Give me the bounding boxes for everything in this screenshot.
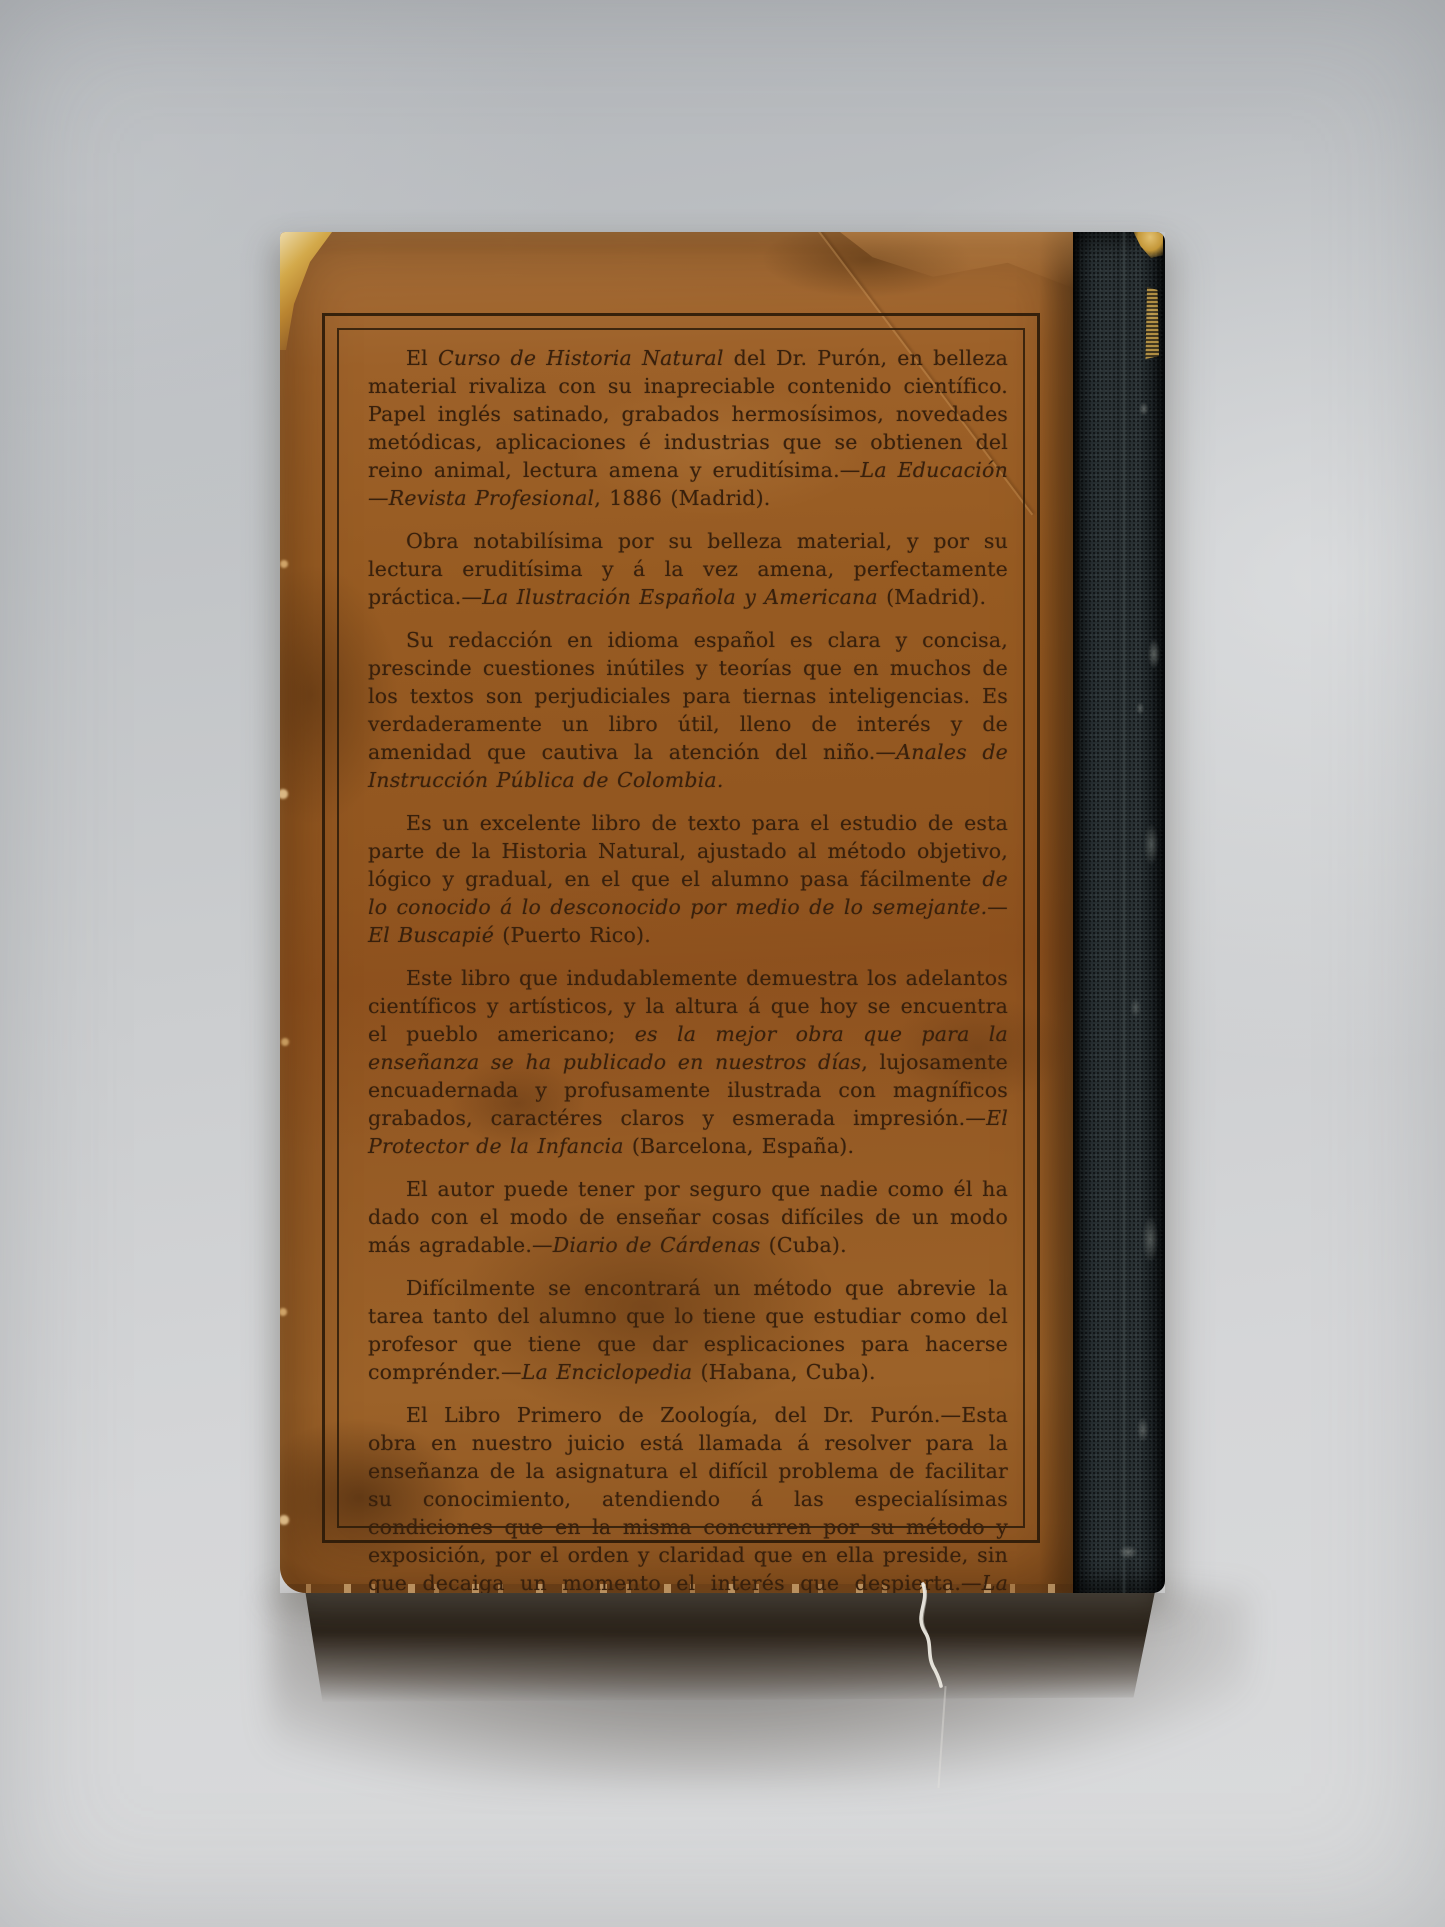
book-page-edges (292, 1590, 1164, 1702)
left-edge-chips (281, 232, 285, 236)
review-paragraph: El Curso de Historia Natural del Dr. Pur… (368, 344, 1008, 512)
review-paragraph: Obra notabilísima por su belleza materia… (368, 527, 1008, 611)
cover-gutter-shade (1039, 232, 1073, 1593)
spine-wear-speckles (1073, 232, 1165, 1593)
review-paragraph: Este libro que indudablemente demuestra … (368, 964, 1008, 1160)
review-paragraph: El Libro Primero de Zoología, del Dr. Pu… (368, 1401, 1008, 1593)
bookmark-thread (905, 1580, 965, 1688)
book-back-cover: El Curso de Historia Natural del Dr. Pur… (280, 232, 1073, 1593)
photo-of-book-back-cover: El Curso de Historia Natural del Dr. Pur… (0, 0, 1445, 1927)
review-paragraph: Es un excelente libro de texto para el e… (368, 809, 1008, 949)
book-spine (1073, 232, 1165, 1593)
book: El Curso de Historia Natural del Dr. Pur… (280, 232, 1165, 1593)
review-paragraph: Difícilmente se encontrará un método que… (368, 1274, 1008, 1386)
review-paragraph: El autor puede tener por seguro que nadi… (368, 1175, 1008, 1259)
review-paragraph: Su redacción en idioma español es clara … (368, 626, 1008, 794)
reviews-text: El Curso de Historia Natural del Dr. Pur… (368, 344, 1008, 1593)
